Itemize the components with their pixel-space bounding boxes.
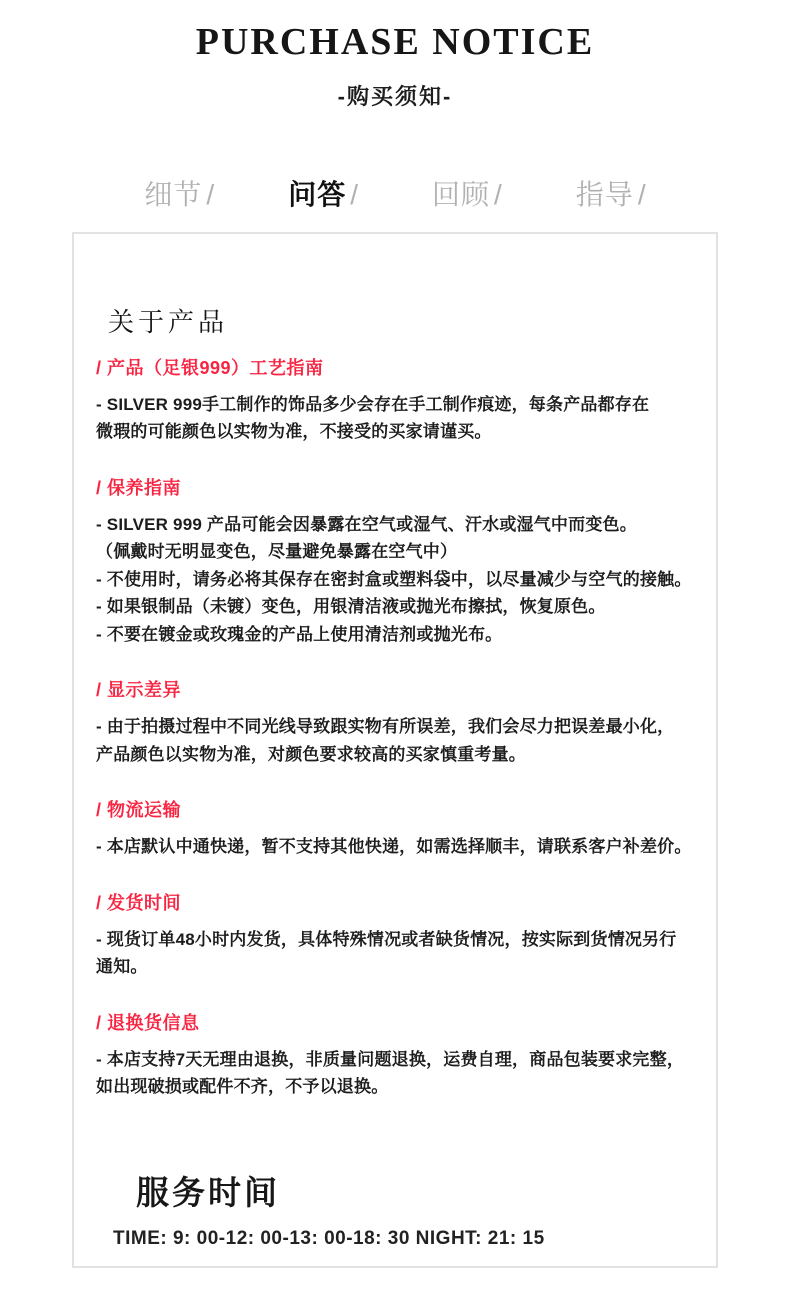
- body-line: - 本店默认中通快递，暂不支持其他快递，如需选择顺丰，请联系客户补差价。: [96, 833, 698, 861]
- section-heading: / 保养指南: [96, 477, 698, 500]
- tab-slash: /: [206, 180, 214, 211]
- section-display-difference: / 显示差异 - 由于拍摄过程中不同光线导致跟实物有所误差，我们会尽力把误差最小…: [96, 679, 698, 768]
- section-care-guide: / 保养指南 - SILVER 999 产品可能会因暴露在空气或湿气、汗水或湿气…: [96, 477, 698, 649]
- tab-review-label: 回顾: [432, 180, 490, 211]
- body-line: - 本店支持7天无理由退换，非质量问题退换，运费自理，商品包装要求完整，: [96, 1046, 698, 1074]
- service-hours-title: 服务时间: [136, 1173, 698, 1213]
- tab-slash: /: [494, 180, 502, 211]
- service-hours-block: 服务时间 TIME: 9: 00-12: 00-13: 00-18: 30 NI…: [96, 1173, 698, 1251]
- tab-qa-label: 问答: [288, 180, 346, 211]
- section-body: - 本店支持7天无理由退换，非质量问题退换，运费自理，商品包装要求完整， 如出现…: [96, 1046, 698, 1101]
- section-body: - 本店默认中通快递，暂不支持其他快递，如需选择顺丰，请联系客户补差价。: [96, 833, 698, 861]
- section-heading: / 显示差异: [96, 679, 698, 702]
- section-heading: / 物流运输: [96, 799, 698, 822]
- body-line: - 如果银制品（未镀）变色，用银清洁液或抛光布擦拭，恢复原色。: [96, 593, 698, 621]
- section-return-policy: / 退换货信息 - 本店支持7天无理由退换，非质量问题退换，运费自理，商品包装要…: [96, 1012, 698, 1101]
- tab-guide-label: 指导: [576, 180, 634, 211]
- body-line: 微瑕的可能颜色以实物为准，不接受的买家请谨买。: [96, 418, 698, 446]
- service-hours-value: TIME: 9: 00-12: 00-13: 00-18: 30 NIGHT: …: [113, 1228, 698, 1250]
- section-heading: / 产品（足银999）工艺指南: [96, 357, 698, 380]
- page-subtitle: -购买须知-: [0, 80, 790, 111]
- tab-slash: /: [638, 180, 646, 211]
- tab-slash: /: [350, 180, 358, 211]
- page-header: PURCHASE NOTICE -购买须知-: [0, 0, 790, 111]
- section-body: - 现货订单48小时内发货，具体特殊情况或者缺货情况，按实际到货情况另行 通知。: [96, 926, 698, 981]
- body-line: - 不要在镀金或玫瑰金的产品上使用清洁剂或抛光布。: [96, 621, 698, 649]
- section-heading: / 退换货信息: [96, 1012, 698, 1035]
- tab-details[interactable]: 细节/: [144, 180, 214, 211]
- section-body: - SILVER 999 产品可能会因暴露在空气或湿气、汗水或湿气中而变色。 （…: [96, 511, 698, 649]
- section-body: - SILVER 999手工制作的饰品多少会存在手工制作痕迹，每条产品都存在 微…: [96, 391, 698, 446]
- body-line: （佩戴时无明显变色，尽量避免暴露在空气中）: [96, 538, 698, 566]
- section-logistics: / 物流运输 - 本店默认中通快递，暂不支持其他快递，如需选择顺丰，请联系客户补…: [96, 799, 698, 861]
- about-product-title: 关于产品: [108, 306, 698, 339]
- tab-details-label: 细节: [144, 180, 202, 211]
- purchase-notice-card: 关于产品 / 产品（足银999）工艺指南 - SILVER 999手工制作的饰品…: [72, 232, 718, 1268]
- body-line: 通知。: [96, 953, 698, 981]
- body-line: - SILVER 999手工制作的饰品多少会存在手工制作痕迹，每条产品都存在: [96, 391, 698, 419]
- section-tab-bar: 细节/ 问答/ 回顾/ 指导/: [0, 177, 790, 211]
- body-line: 如出现破损或配件不齐，不予以退换。: [96, 1073, 698, 1101]
- body-line: - 不使用时，请务必将其保存在密封盒或塑料袋中，以尽量减少与空气的接触。: [96, 566, 698, 594]
- tab-qa[interactable]: 问答/: [288, 180, 358, 211]
- tab-guide[interactable]: 指导/: [576, 180, 646, 211]
- tab-review[interactable]: 回顾/: [432, 180, 502, 211]
- body-line: - 由于拍摄过程中不同光线导致跟实物有所误差，我们会尽力把误差最小化，: [96, 713, 698, 741]
- section-craft-guide: / 产品（足银999）工艺指南 - SILVER 999手工制作的饰品多少会存在…: [96, 357, 698, 446]
- body-line: - 现货订单48小时内发货，具体特殊情况或者缺货情况，按实际到货情况另行: [96, 926, 698, 954]
- page-title: PURCHASE NOTICE: [0, 22, 790, 64]
- section-shipping-time: / 发货时间 - 现货订单48小时内发货，具体特殊情况或者缺货情况，按实际到货情…: [96, 892, 698, 981]
- section-heading: / 发货时间: [96, 892, 698, 915]
- section-body: - 由于拍摄过程中不同光线导致跟实物有所误差，我们会尽力把误差最小化， 产品颜色…: [96, 713, 698, 768]
- body-line: 产品颜色以实物为准，对颜色要求较高的买家慎重考量。: [96, 741, 698, 769]
- body-line: - SILVER 999 产品可能会因暴露在空气或湿气、汗水或湿气中而变色。: [96, 511, 698, 539]
